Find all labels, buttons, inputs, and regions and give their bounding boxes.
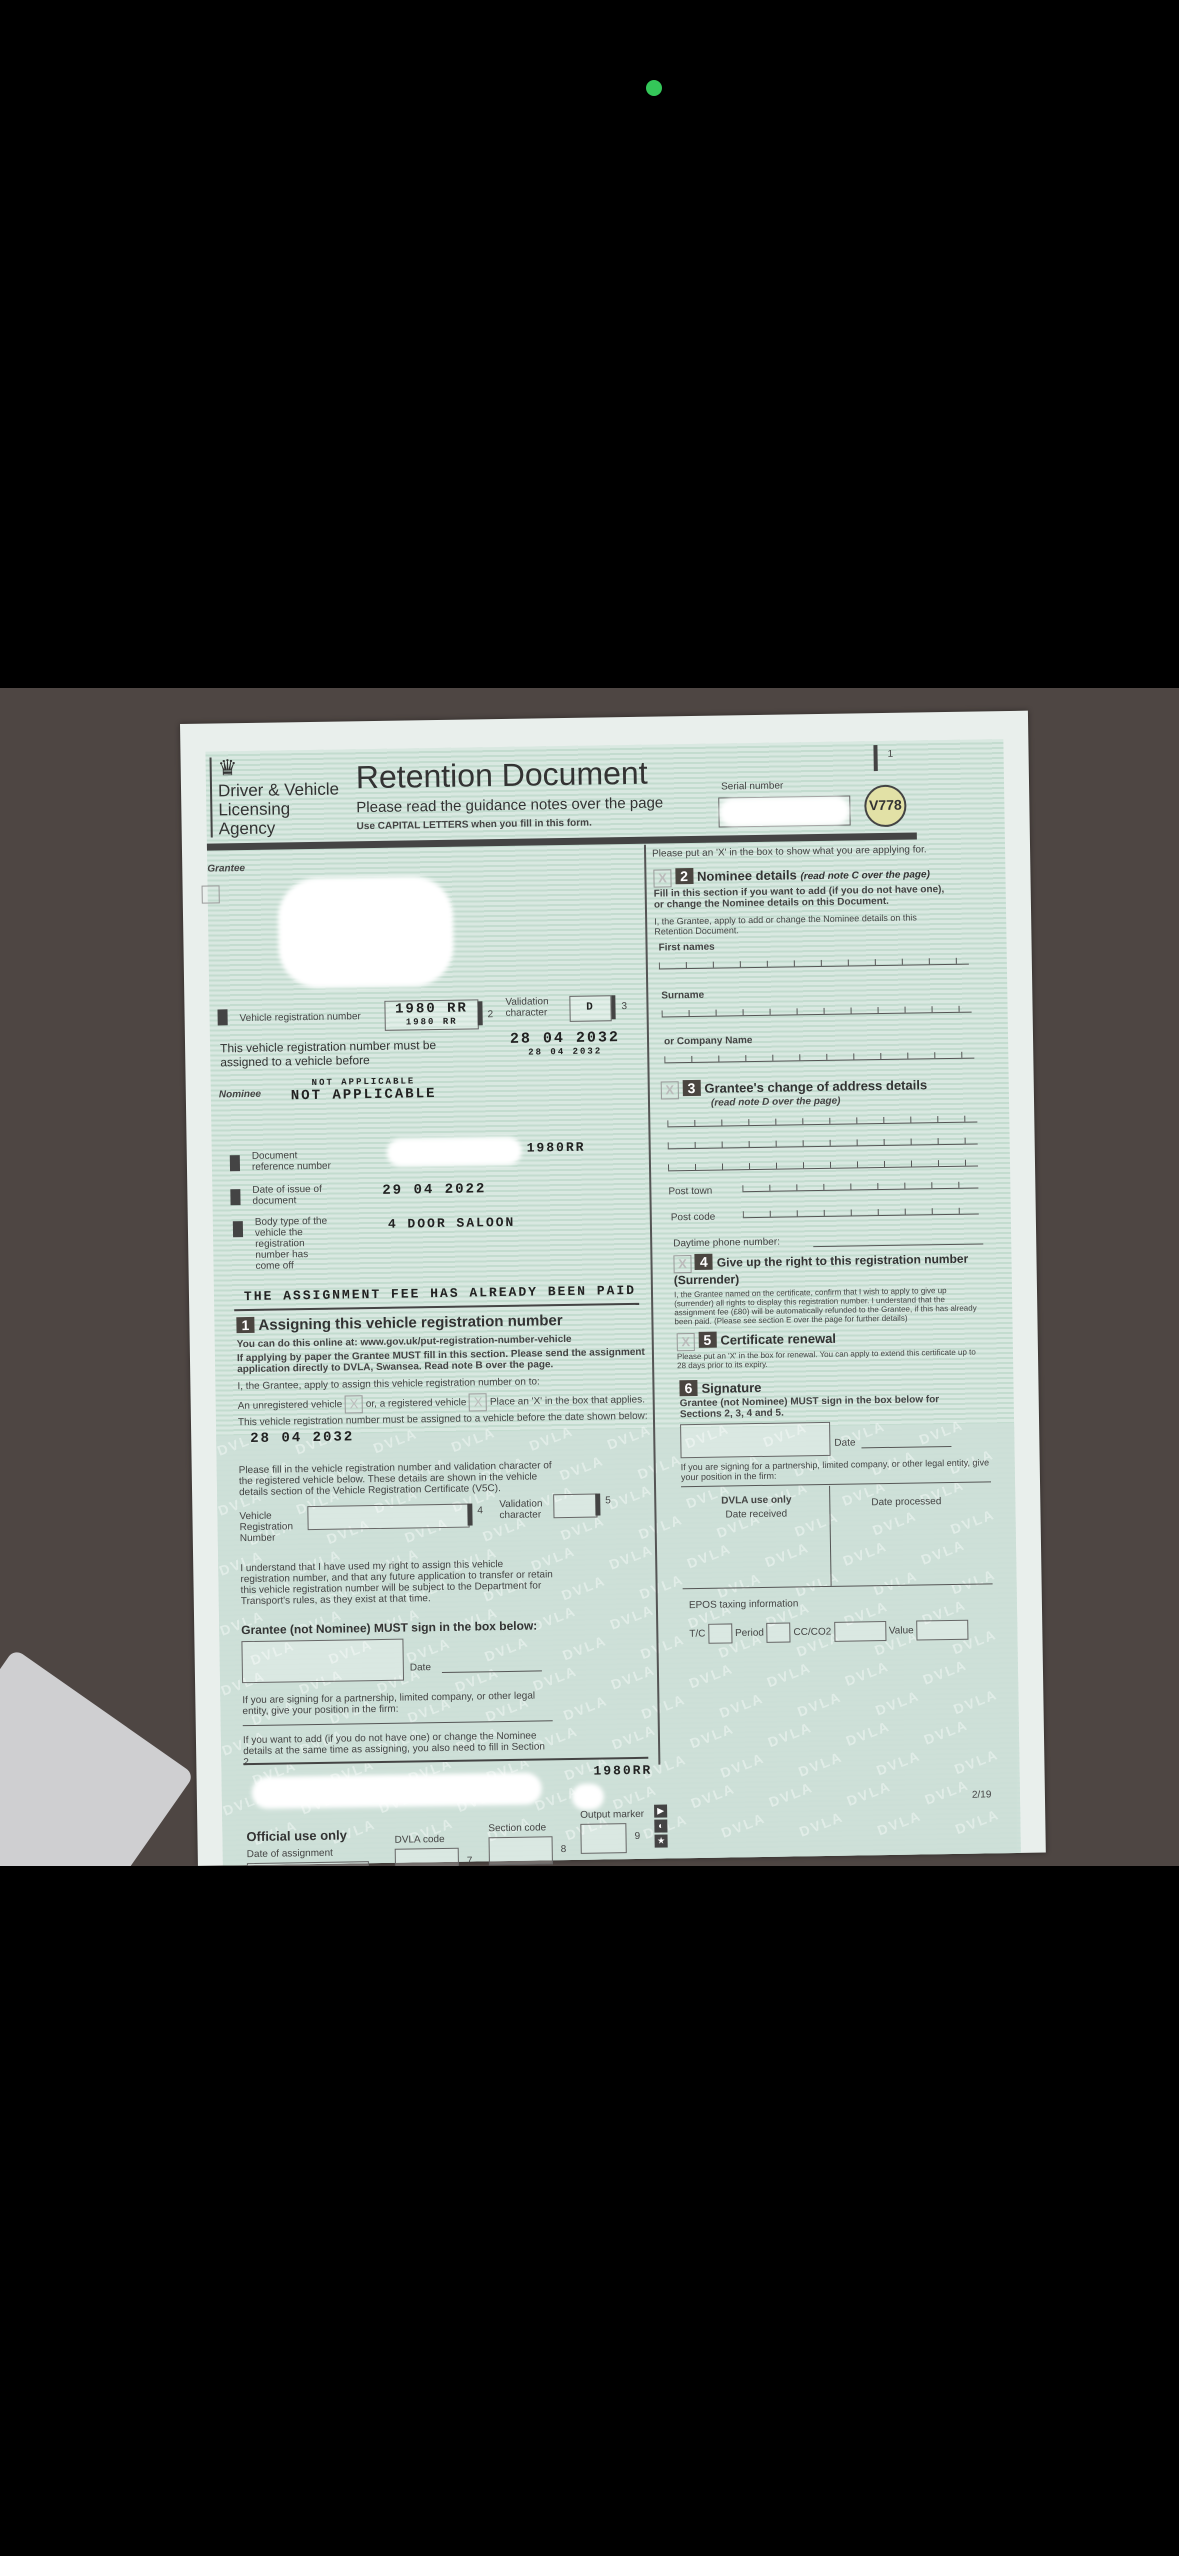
dvla-watermark: DVLA [689, 1780, 738, 1811]
expiry-label: This vehicle registration number must be… [220, 1038, 450, 1070]
dvla-watermark: DVLA [531, 1663, 580, 1694]
dvla-watermark: DVLA [843, 1658, 892, 1689]
retention-document: DVLADVLADVLADVLADVLADVLADVLADVLADVLADVLA… [180, 711, 1046, 1866]
section-2-heading: X 2Nominee details (read note C over the… [653, 864, 930, 887]
play-icon: ▶ [654, 1804, 667, 1817]
dvla-watermark: DVLA [482, 1633, 531, 1664]
issue-date-label: Date of issue of document [252, 1184, 342, 1207]
post-town-field[interactable] [742, 1176, 978, 1193]
registered-vrn-field[interactable] [307, 1504, 469, 1531]
section-4-heading: X 4Give up the right to this registratio… [673, 1249, 983, 1287]
dvla-watermark: DVLA [765, 1659, 814, 1690]
section-1-ref-code: 1980RR [593, 1763, 652, 1779]
registered-vehicle-checkbox[interactable]: X [469, 1393, 487, 1411]
surname-field[interactable] [661, 1000, 971, 1018]
section-1-date: 28 04 2032 [250, 1429, 354, 1447]
dvla-use-box: DVLA use only Date received Date process… [681, 1483, 993, 1589]
daytime-phone-field[interactable] [813, 1243, 983, 1247]
form-marker [873, 745, 877, 771]
agency-name: Driver & Vehicle Licensing Agency [218, 780, 340, 839]
dvla-watermark: DVLA [923, 1776, 972, 1807]
dvla-watermark: DVLA [561, 1692, 610, 1723]
section-1-signature-box[interactable] [241, 1639, 404, 1684]
dvla-watermark: DVLA [610, 1721, 659, 1752]
body-type-value: 4 DOOR SALOON [388, 1215, 516, 1232]
fee-note: THE ASSIGNMENT FEE HAS ALREADY BEEN PAID [244, 1283, 636, 1304]
section-6-heading: 6Signature [679, 1379, 761, 1396]
value-field [916, 1620, 968, 1641]
royal-crest-icon: ♛ [217, 755, 237, 781]
dvla-watermark: DVLA [607, 1541, 656, 1572]
output-marker-field [580, 1823, 626, 1854]
dvla-watermark: DVLA [609, 1661, 658, 1692]
cc-co2-field [834, 1621, 886, 1642]
document-reference-suffix: 1980RR [527, 1140, 586, 1156]
expiry-date: 28 04 2032 28 04 2032 [510, 1029, 620, 1058]
dvla-watermark: DVLA [718, 1750, 767, 1781]
dvla-watermark: DVLA [687, 1660, 736, 1691]
issue-date-value: 29 04 2022 [382, 1181, 486, 1199]
dvla-watermark: DVLA [606, 1481, 655, 1512]
dvla-watermark: DVLA [921, 1656, 970, 1687]
capital-letters-instruction: Use CAPITAL LETTERS when you fill in thi… [357, 818, 592, 833]
dvla-watermark: DVLA [560, 1632, 609, 1663]
dvla-watermark: DVLA [637, 1571, 686, 1602]
validation-field: D [569, 995, 611, 1022]
dvla-watermark: DVLA [636, 1511, 685, 1542]
address-line-3-field[interactable] [668, 1154, 978, 1172]
section-1-apply: I, the Grantee, apply to assign this veh… [237, 1375, 637, 1392]
dvla-watermark: DVLA [688, 1720, 737, 1751]
logo-icon: ◐ [654, 1819, 667, 1832]
section-5-heading: X 5Certificate renewal [677, 1330, 837, 1351]
first-names-field[interactable] [659, 952, 969, 970]
document-subtitle: Please read the guidance notes over the … [356, 794, 663, 816]
customer-service-excellence-logo: ▶ ◐ ★ [654, 1804, 668, 1849]
redacted-document-reference [387, 1137, 522, 1167]
body-type-label: Body type of the vehicle the registratio… [255, 1216, 336, 1272]
dvla-watermark: DVLA [845, 1778, 894, 1809]
dvla-watermark: DVLA [874, 1747, 923, 1778]
dvla-watermark: DVLA [404, 1635, 453, 1666]
post-code-field[interactable] [743, 1202, 979, 1219]
dvla-watermark: DVLA [767, 1779, 816, 1810]
dvla-watermark: DVLA [917, 1416, 966, 1447]
dvla-watermark: DVLA [797, 1808, 846, 1839]
section-code-field [489, 1836, 553, 1865]
period-field [767, 1623, 791, 1643]
dvla-watermark: DVLA [638, 1631, 687, 1662]
grantee-checkbox [202, 885, 220, 903]
redacted-serial [719, 796, 849, 826]
dvla-watermark: DVLA [873, 1687, 922, 1718]
address-line-1-field[interactable] [667, 1110, 977, 1128]
section-2-checkbox[interactable]: X [653, 869, 671, 887]
tc-field [708, 1623, 732, 1643]
understand-statement: I understand that I have used my right t… [240, 1558, 556, 1607]
dvla-watermark: DVLA [635, 1451, 684, 1482]
official-use-title: Official use only [246, 1828, 347, 1845]
nominee-value: NOT APPLICABLE NOT APPLICABLE [291, 1076, 437, 1104]
serial-number-label: Serial number [721, 781, 783, 793]
dvla-watermark: DVLA [717, 1690, 766, 1721]
dvla-watermark: DVLA [557, 1452, 606, 1483]
page-reference: 2/19 [972, 1789, 992, 1800]
section-1-fill-in: Please fill in the vehicle registration … [239, 1460, 559, 1498]
validation-label: Validation character [505, 996, 565, 1019]
dvla-watermark: DVLA [953, 1806, 1002, 1837]
dvla-watermark: DVLA [796, 1748, 845, 1779]
dvla-watermark: DVLA [527, 1423, 576, 1454]
form-code-badge: V778 [864, 785, 907, 828]
section-5-checkbox[interactable]: X [677, 1333, 695, 1351]
star-icon: ★ [655, 1834, 668, 1847]
section-4-checkbox[interactable]: X [673, 1255, 691, 1273]
document-title: Retention Document [356, 755, 648, 797]
photo-viewer[interactable]: DVLADVLADVLADVLADVLADVLADVLADVLADVLADVLA… [0, 688, 1179, 1866]
nominee-label: Nominee [219, 1089, 261, 1101]
dvla-watermark: DVLA [608, 1601, 657, 1632]
section-1-paper: If applying by paper the Grantee MUST fi… [237, 1347, 647, 1375]
form-body: DVLADVLADVLADVLADVLADVLADVLADVLADVLADVLA… [205, 739, 1020, 1865]
grantee-label: Grantee [207, 863, 245, 875]
dvla-watermark: DVLA [951, 1686, 1000, 1717]
company-name-field[interactable] [664, 1046, 974, 1064]
dvla-watermark: DVLA [559, 1572, 608, 1603]
dvla-watermark: DVLA [952, 1746, 1001, 1777]
redacted-barcode [252, 1772, 542, 1809]
date-of-assignment-field [247, 1861, 369, 1866]
dvla-watermark: DVLA [875, 1807, 924, 1838]
background-cloth [0, 1648, 195, 1866]
section-3-checkbox[interactable]: X [661, 1081, 679, 1099]
dvla-code-field [395, 1848, 459, 1866]
vrn-label: Vehicle registration number [240, 1011, 361, 1024]
vrn-field: 1980 RR 1980 RR [384, 999, 478, 1030]
section-6-signature-box[interactable] [680, 1422, 831, 1458]
redacted-grantee-address [277, 876, 454, 989]
apply-instruction: Please put an 'X' in the box to show wha… [652, 844, 927, 859]
section-1-heading: 1Assigning this vehicle registration num… [236, 1312, 562, 1334]
epos-title: EPOS taxing information [689, 1598, 799, 1611]
dvla-watermark: DVLA [844, 1718, 893, 1749]
dvla-watermark: DVLA [766, 1719, 815, 1750]
dvla-watermark: DVLA [449, 1424, 498, 1455]
dvla-watermark: DVLA [922, 1716, 971, 1747]
dvla-watermark: DVLA [639, 1691, 688, 1722]
doc-ref-label: Document reference number [252, 1150, 342, 1173]
serial-number-field [718, 795, 850, 827]
dvla-watermark: DVLA [371, 1425, 420, 1456]
dvla-watermark: DVLA [605, 1421, 654, 1452]
registered-validation-field[interactable] [553, 1494, 597, 1519]
address-line-2-field[interactable] [668, 1132, 978, 1150]
dvla-watermark: DVLA [719, 1810, 768, 1841]
unregistered-vehicle-checkbox[interactable]: X [345, 1395, 363, 1413]
camera-in-use-indicator [646, 80, 662, 96]
dvla-watermark: DVLA [795, 1688, 844, 1719]
dvla-watermark: DVLA [611, 1781, 660, 1812]
